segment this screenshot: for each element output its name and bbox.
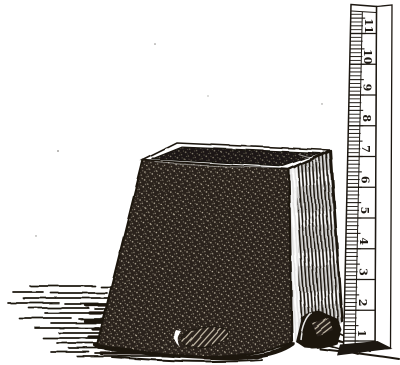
ruler-number: 10 bbox=[361, 49, 374, 65]
ruler-number: 3 bbox=[357, 268, 370, 276]
ruler-number: 9 bbox=[361, 84, 374, 92]
engraving-figure: 1234567891011 bbox=[0, 0, 400, 365]
ruler-side-face bbox=[375, 5, 392, 350]
ruler-number: 11 bbox=[362, 18, 375, 33]
ruler-number: 7 bbox=[359, 145, 372, 153]
illustration-canvas: 1234567891011 bbox=[0, 0, 400, 365]
ruler-number: 4 bbox=[357, 237, 370, 245]
ruler-number: 2 bbox=[356, 299, 369, 307]
ruler-number: 1 bbox=[355, 330, 368, 338]
ruler-number: 5 bbox=[358, 207, 371, 215]
ruler-number: 8 bbox=[360, 114, 373, 122]
ruler-number: 6 bbox=[359, 176, 372, 184]
